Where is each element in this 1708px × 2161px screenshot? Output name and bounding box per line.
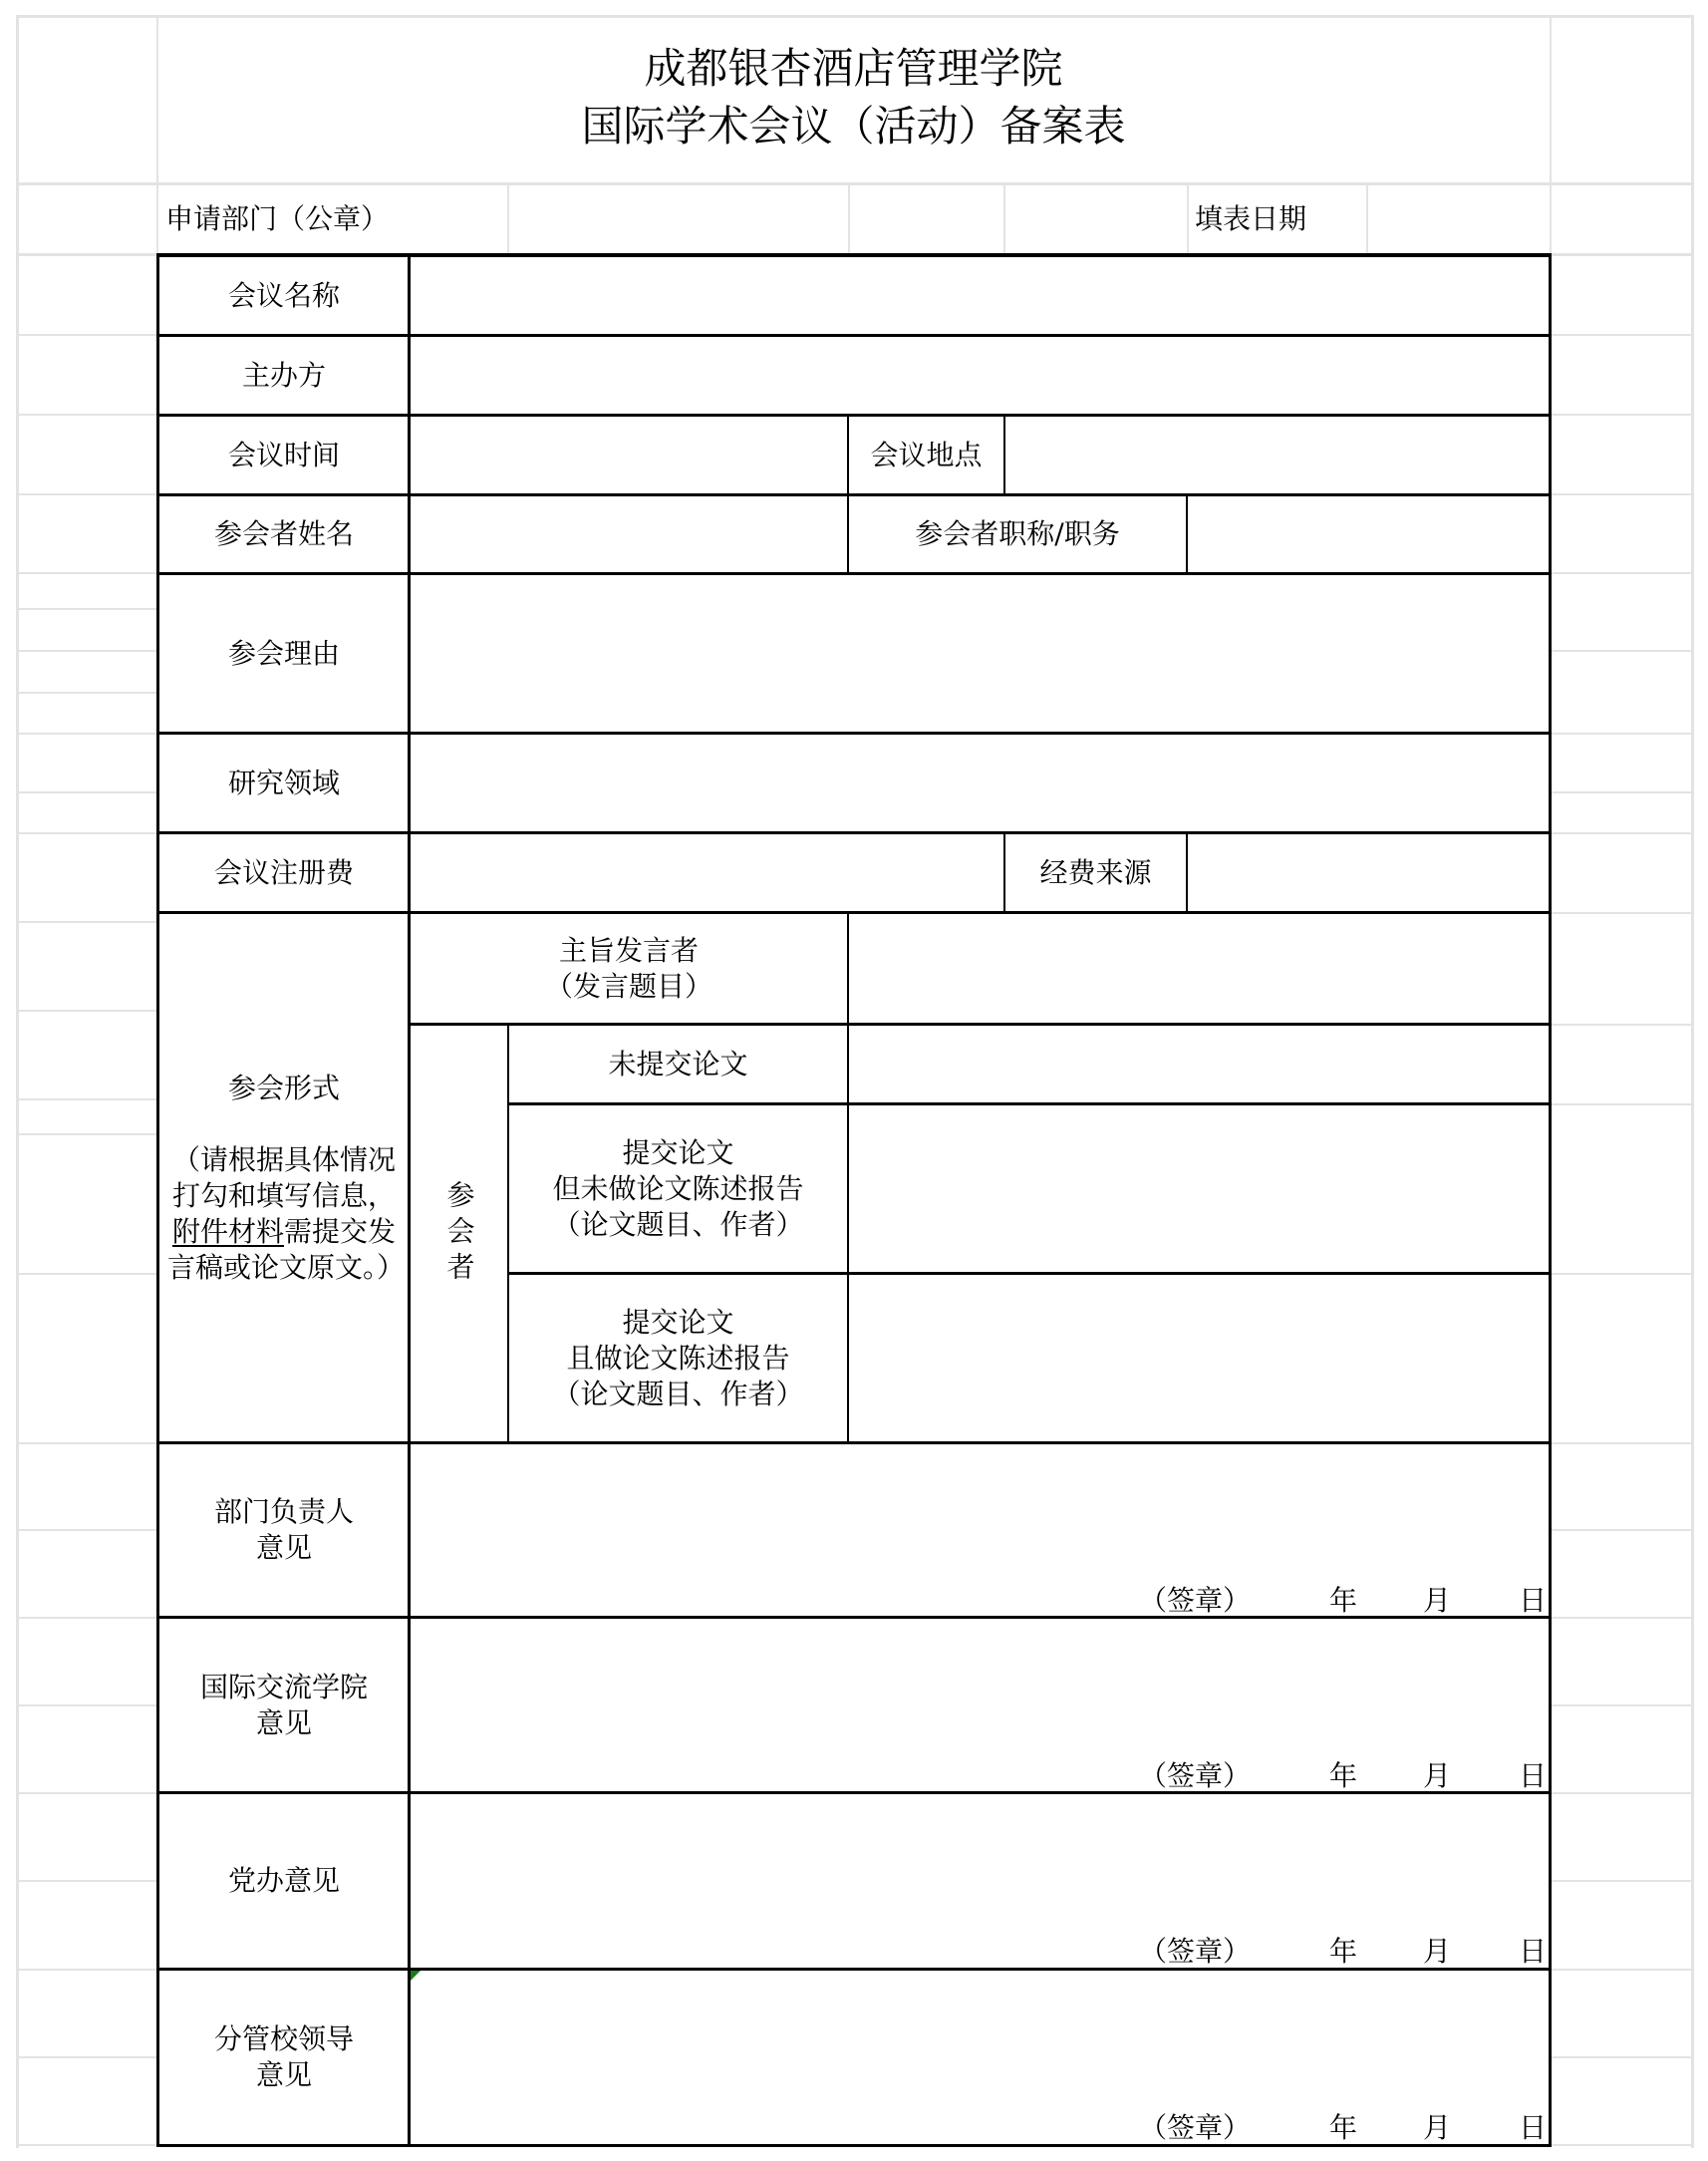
day-label: 日 [1519,1585,1547,1617]
funding-source-label: 经费来源 [1005,834,1186,911]
option-paper-report-label: 提交论文 且做论文陈述报告 （论文题目、作者） [509,1275,847,1441]
research-field-label: 研究领域 [159,735,409,831]
approval-label-line: 国际交流学院 [200,1670,368,1705]
reason-field[interactable] [411,575,1549,732]
option-paper-report-line-1: 提交论文 [622,1305,733,1341]
approval-label-line: 意见 [256,1530,312,1566]
option-no-paper-label: 未提交论文 [509,1026,847,1102]
option-paper-report-field[interactable] [849,1275,1549,1441]
attendee-title-label: 参会者职称/职务 [849,496,1186,572]
approval-department-head-label: 部门负责人 意见 [159,1444,409,1616]
approval-school-leader-label: 分管校领导 意见 [159,1971,409,2144]
approval-label-line: 部门负责人 [214,1494,354,1530]
attendee-name-field[interactable] [411,496,847,572]
day-label: 日 [1519,1936,1547,1968]
approval-label-line: 党办意见 [228,1863,340,1899]
participation-note-text: （请根据具体情况打勾和填写信息， [172,1143,396,1212]
option-paper-no-report-line-1: 提交论文 [622,1135,733,1171]
approval-department-head-field[interactable] [411,1444,1549,1616]
meeting-time-label: 会议时间 [159,417,409,493]
year-label: 年 [1329,1585,1357,1617]
option-no-paper-line-1: 未提交论文 [608,1047,747,1082]
organizer-field[interactable] [411,337,1549,414]
year-label: 年 [1329,1760,1357,1792]
participation-label-cell: 参会形式 （请根据具体情况打勾和填写信息，附件材料需提交发言稿或论文原文。） [159,914,409,1441]
title-line-2: 国际学术会议（活动）备案表 [157,98,1550,155]
organizer-label: 主办方 [159,337,409,414]
department-input[interactable] [509,185,1187,253]
meeting-location-label: 会议地点 [849,417,1003,493]
meeting-name-field[interactable] [411,257,1549,334]
meeting-time-field[interactable] [411,417,847,493]
approval-international-college-label: 国际交流学院 意见 [159,1619,409,1791]
attendee-group-text: 参会者 [441,1180,477,1288]
registration-fee-field[interactable] [411,834,1003,911]
attendee-name-label: 参会者姓名 [159,496,409,572]
year-label: 年 [1329,2112,1357,2144]
approval-label-line: 意见 [256,1705,312,1741]
option-paper-report-line-3: （论文题目、作者） [552,1377,803,1412]
keynote-speaker-field[interactable] [849,914,1549,1023]
keynote-line-2: （发言题目） [545,969,712,1005]
option-paper-no-report-line-2: 但未做论文陈述报告 [552,1171,803,1207]
option-paper-no-report-field[interactable] [849,1105,1549,1272]
approval-school-leader-field[interactable] [411,1971,1549,2144]
date-input[interactable] [1368,185,1550,253]
attachment-materials-text: 附件材料 [172,1215,284,1248]
approval-party-office-field[interactable] [411,1794,1549,1968]
participation-note: （请根据具体情况打勾和填写信息，附件材料需提交发言稿或论文原文。） [167,1142,401,1286]
funding-source-field[interactable] [1188,834,1549,911]
month-label: 月 [1423,2112,1451,2144]
date-label: 填表日期 [1189,185,1366,253]
title-line-1: 成都银杏酒店管理学院 [157,40,1550,98]
participation-label: 参会形式 [228,1071,340,1106]
option-paper-report-line-2: 且做论文陈述报告 [566,1341,789,1377]
attendee-group-label: 参会者 [411,1026,507,1441]
registration-fee-label: 会议注册费 [159,834,409,911]
seal-label: （签章） [1139,1760,1251,1792]
month-label: 月 [1423,1936,1451,1968]
seal-label: （签章） [1139,1585,1251,1617]
seal-label: （签章） [1139,1936,1251,1968]
form-title: 成都银杏酒店管理学院 国际学术会议（活动）备案表 [157,40,1550,155]
keynote-line-1: 主旨发言者 [559,933,699,969]
month-label: 月 [1423,1585,1451,1617]
option-paper-no-report-line-3: （论文题目、作者） [552,1207,803,1243]
attendee-title-field[interactable] [1188,496,1549,572]
approval-international-college-field[interactable] [411,1619,1549,1791]
meeting-location-field[interactable] [1005,417,1549,493]
reason-label: 参会理由 [159,575,409,732]
keynote-speaker-label: 主旨发言者 （发言题目） [411,914,847,1023]
approval-label-line: 意见 [256,2057,312,2093]
department-label: 申请部门（公章） [159,185,508,253]
day-label: 日 [1519,2112,1547,2144]
month-label: 月 [1423,1760,1451,1792]
seal-label: （签章） [1139,2112,1251,2144]
research-field-input[interactable] [411,735,1549,831]
option-paper-no-report-label: 提交论文 但未做论文陈述报告 （论文题目、作者） [509,1105,847,1272]
meeting-name-label: 会议名称 [159,257,409,334]
year-label: 年 [1329,1936,1357,1968]
option-no-paper-field[interactable] [849,1026,1549,1102]
day-label: 日 [1519,1760,1547,1792]
approval-label-line: 分管校领导 [214,2021,354,2057]
approval-party-office-label: 党办意见 [159,1794,409,1968]
comment-marker-icon[interactable] [411,1971,421,1981]
